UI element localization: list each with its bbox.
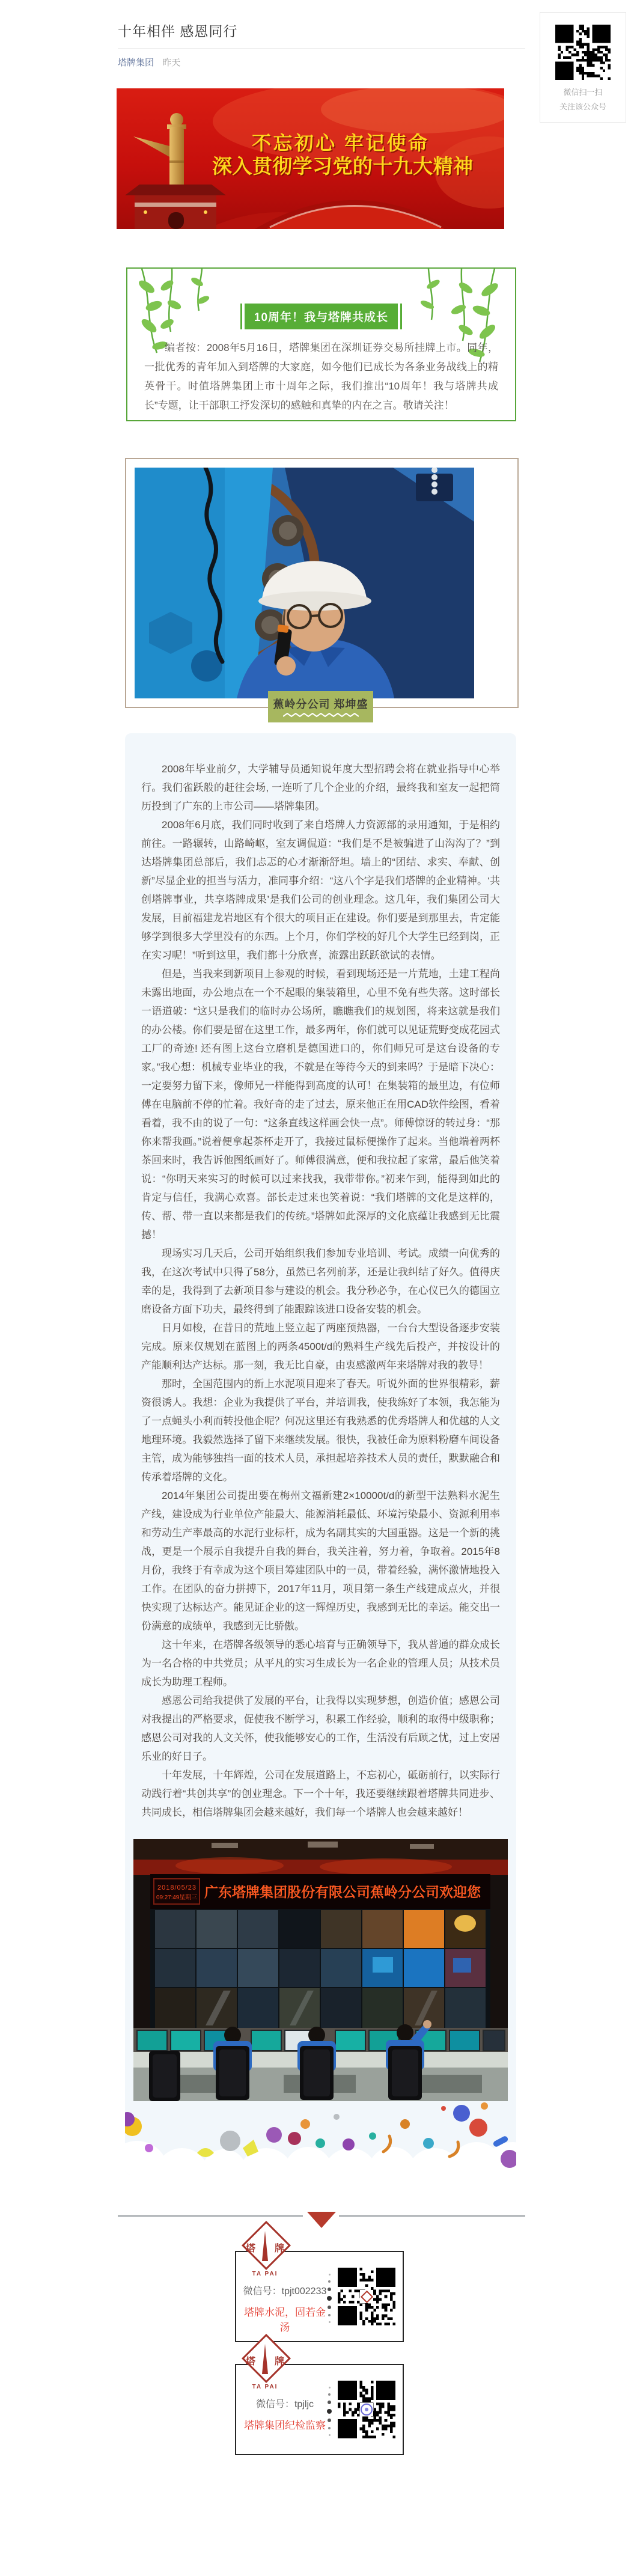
dotted-separator [327,2274,332,2323]
party-slogan-banner-image: 不忘初心 牢记使命 不忘初心 牢记使命 深入贯彻学习党的十九大精神 深入贯彻学习… [117,88,504,229]
editor-note-text: 编者按：2008年5月16日，塔牌集团在深圳证券交易所挂牌上市。同年，一批优秀的… [144,338,498,415]
control-room-photo-image: 2018/05/23 09:27:49星期三 广东塔牌集团股份有限公司蕉岭分公司… [133,1839,508,2102]
article-paragraph: 2008年6月底，我们同时收到了来自塔牌人力资源部的录用通知，于是相约前往。一路… [141,816,500,965]
article-paragraph: 这十年来，在塔牌各级领导的悉心培育与正确领导下，我从普通的群众成长为一名合格的中… [141,1635,500,1691]
worker-photo-frame [125,458,519,708]
photo-caption-badge: 蕉岭分公司 郑坤盛 [268,691,373,722]
wechat-slogan: 塔牌集团纪检监察 [240,2417,330,2432]
footer-divider-right [339,2215,525,2217]
qr-code [338,2381,395,2438]
article-paragraph: 感恩公司给我提供了发展的平台，让我得以实现梦想，创造价值；感恩公司对我提出的严格… [141,1691,500,1766]
article-paragraph: 但是，当我来到新项目上参观的时候，看到现场还是一片荒地，土建工程尚未露出地面，办… [141,965,500,1244]
qr-center-logo-icon [360,2290,373,2303]
title-divider [118,48,525,49]
logo-char-right: 牌 [275,2354,284,2367]
qr-center-logo-icon [360,2403,373,2416]
follow-hint-line2: 关注该公众号 [540,100,626,112]
anniversary-badge: 10周年！我与塔牌共成长 [127,304,515,329]
page-title: 十年相伴 感恩同行 [118,20,525,40]
badge-right-bar [400,304,402,329]
logo-char-right: 牌 [275,2241,284,2254]
svg-text:深入贯彻学习党的十九大精神: 深入贯彻学习党的十九大精神 [212,155,473,177]
qr-code [338,2268,395,2325]
dotted-separator [327,2387,332,2436]
svg-text:2018/05/23: 2018/05/23 [157,1884,196,1891]
divider-triangle-icon [307,2212,336,2228]
article-page: 十年相伴 感恩同行 塔牌集团 昨天 微信扫一扫 关注该公众号 [0,0,634,2576]
article-body: 2008年毕业前夕，大学辅导员通知说年度大型招聘会将在就业指导中心举行。我们雀跃… [141,760,500,1836]
article-paragraph: 2014年集团公司提出要在梅州文福新建2×10000t/d的新型干法熟料水泥生产… [141,1486,500,1635]
logo-subtext: TA PAI [240,2384,290,2390]
article-paragraph: 日月如梭，在昔日的荒地上竖立起了两座预热器，一台台大型设备逐步安装完成。原来仅规… [141,1319,500,1375]
article-meta: 塔牌集团 昨天 [118,56,180,69]
logo-char-left: 塔 [246,2354,255,2367]
author-link[interactable]: 塔牌集团 [118,58,154,68]
follow-qr-icon [555,25,611,80]
svg-text:不忘初心 牢记使命: 不忘初心 牢记使命 [252,132,427,154]
wechat-id: 微信号：tpjt002233 [240,2283,330,2297]
badge-label: 10周年！我与塔牌共成长 [245,304,398,329]
logo-subtext: TA PAI [240,2271,290,2277]
article-paragraph: 那时，全国范围内的新上水泥项目迎来了春天。听说外面的世界很精彩，薪资很诱人。我想… [141,1375,500,1486]
badge-left-bar [240,304,242,329]
publish-date: 昨天 [162,58,180,68]
svg-text:09:27:49星期三: 09:27:49星期三 [156,1893,197,1901]
follow-hint-line1: 微信扫一扫 [540,86,626,97]
photo-caption: 蕉岭分公司 郑坤盛 [273,696,368,712]
article-paragraph: 2008年毕业前夕，大学辅导员通知说年度大型招聘会将在就业指导中心举行。我们雀跃… [141,760,500,816]
tapai-logo: 塔 牌 TA PAI [240,2337,290,2394]
tapai-logo: 塔 牌 TA PAI [240,2224,290,2281]
article-paragraph: 现场实习几天后，公司开始组织我们参加专业培训、考试。成绩一向优秀的我，在这次考试… [141,1244,500,1319]
svg-text:广东塔牌集团股份有限公司蕉岭分公司欢迎您: 广东塔牌集团股份有限公司蕉岭分公司欢迎您 [204,1884,481,1900]
confetti-decoration-image [125,2101,516,2175]
wechat-slogan: 塔牌水泥，固若金汤 [240,2304,330,2334]
article-paragraph: 十年发展，十年辉煌，公司在发展道路上，不忘初心，砥砺前行，以实际行动践行着“共创… [141,1766,500,1822]
wechat-id: 微信号：tpjljc [240,2396,330,2410]
logo-char-left: 塔 [246,2241,255,2254]
footer-divider-left [118,2215,303,2217]
worker-photo-image [135,468,474,698]
editor-note-box: 10周年！我与塔牌共成长 编者按：2008年5月16日，塔牌集团在深圳证券交易所… [126,267,516,421]
zigzag-underline-icon [283,713,359,718]
story-card: 2008年毕业前夕，大学辅导员通知说年度大型招聘会将在就业指导中心举行。我们雀跃… [125,733,516,2175]
follow-panel: 微信扫一扫 关注该公众号 [540,12,626,123]
